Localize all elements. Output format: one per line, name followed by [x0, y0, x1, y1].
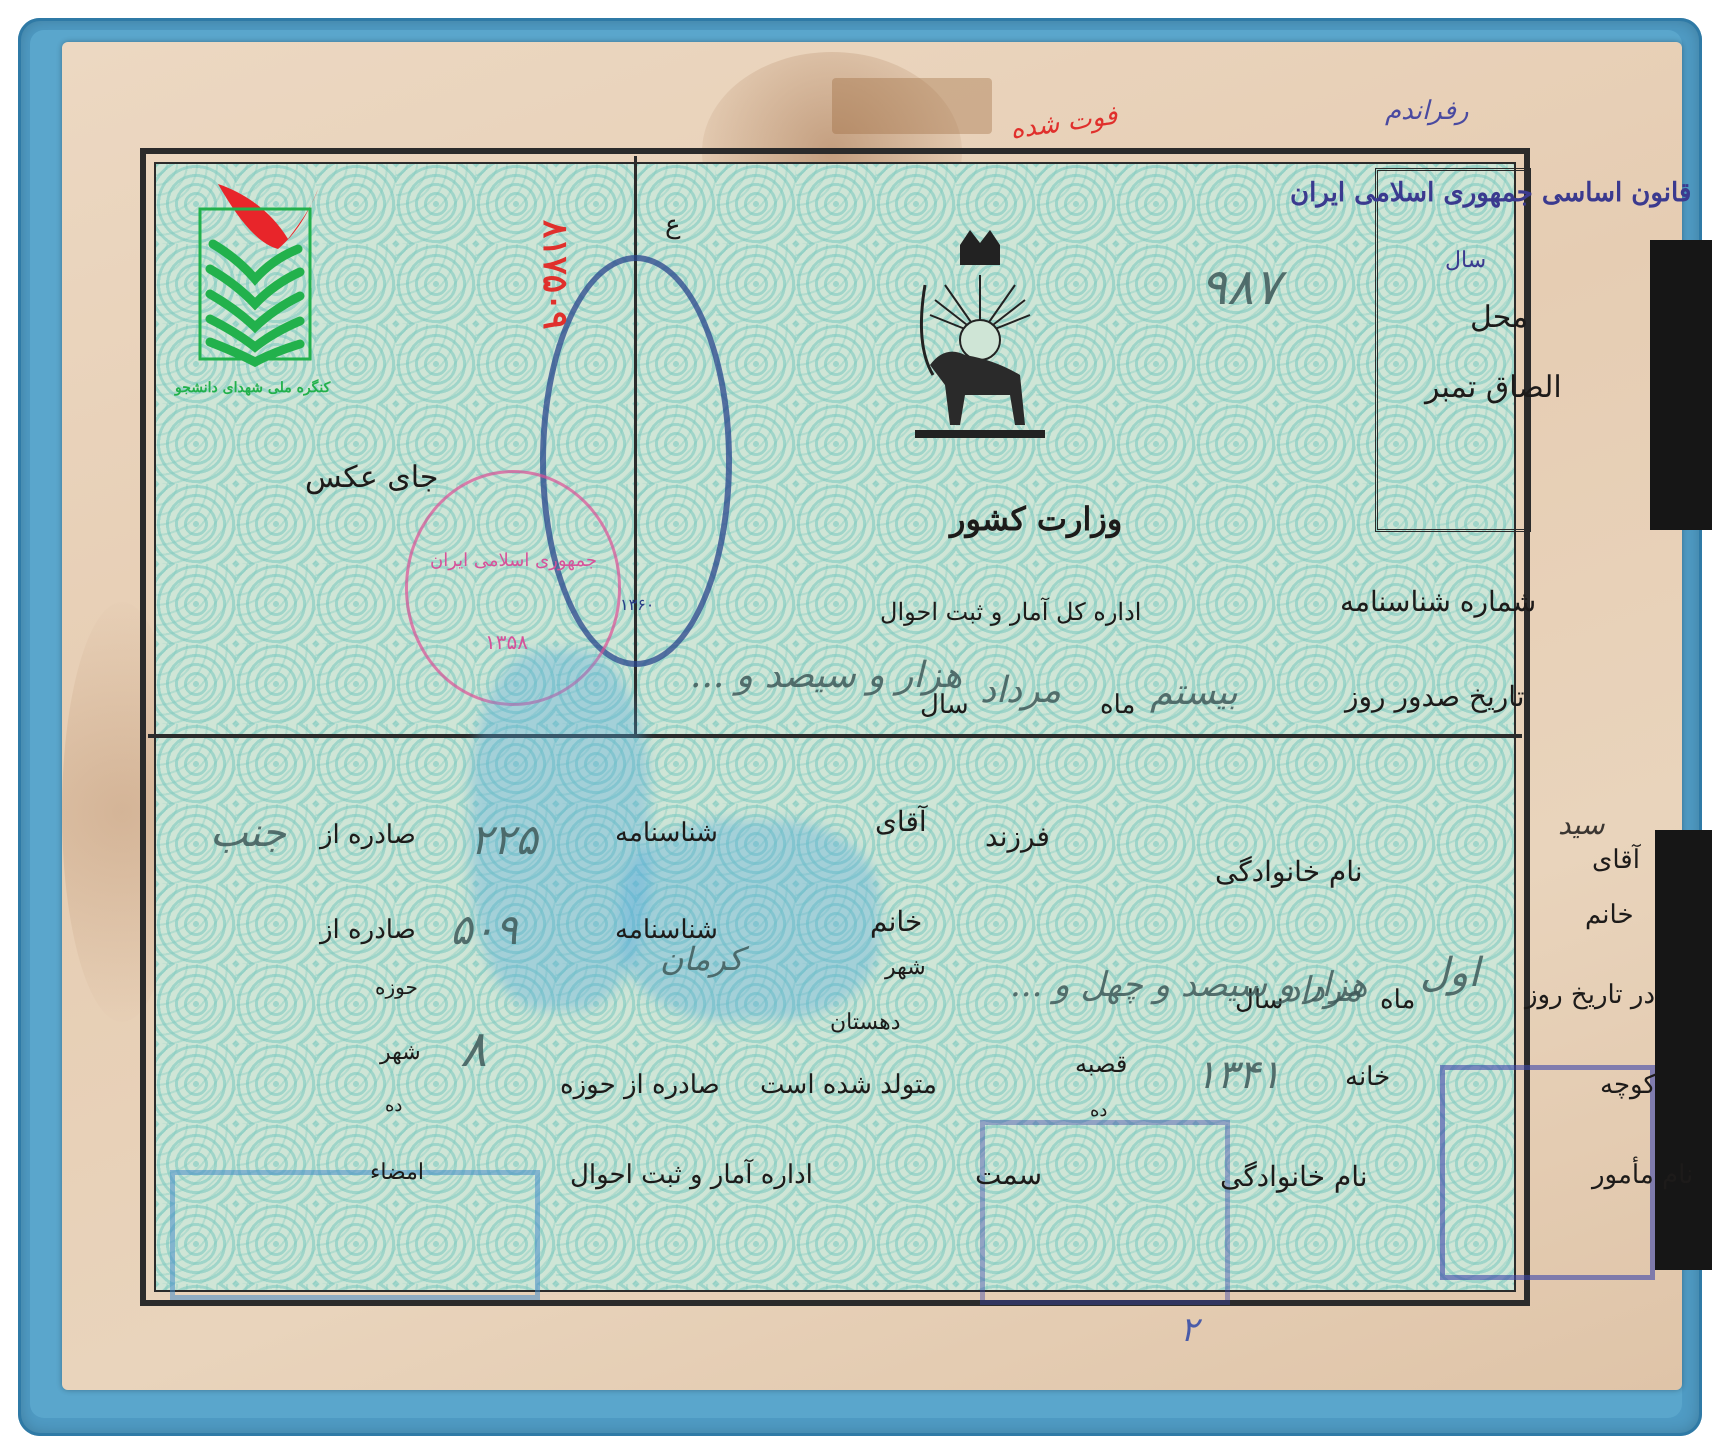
city-label: شهر	[885, 955, 926, 980]
rectangular-stamp	[170, 1170, 540, 1300]
photo-place-label: جای عکس	[305, 460, 438, 495]
guilloche-background	[154, 162, 1516, 1292]
divider-horizontal	[148, 734, 1522, 738]
rural-label: دهستان	[830, 1010, 901, 1035]
issued-from-1-value: جنب	[210, 810, 286, 856]
issue-day-value: بیستم	[1150, 672, 1238, 713]
date-value: اول	[1420, 950, 1480, 996]
lion-and-sun-emblem-icon	[905, 225, 1055, 450]
officer-label: نام مأمور	[1592, 1160, 1693, 1190]
issued-from-1: صادره از	[320, 820, 416, 850]
blue-stamp-text: قانون اساسی جمهوری اسلامی ایران	[1290, 178, 1691, 208]
house-label: خانه	[1345, 1062, 1390, 1092]
month-value: مرداد	[980, 670, 1061, 711]
village-label: ده	[1090, 1100, 1107, 1121]
signature-label: امضاء	[370, 1160, 424, 1185]
blue-stamp-sub: سال	[1445, 248, 1486, 273]
month-label-2: ماه	[1380, 985, 1415, 1015]
pink-stamp-year: ۱۳۵۸	[485, 630, 528, 654]
black-tape	[1650, 240, 1712, 530]
id-label-1: شناسنامه	[615, 818, 718, 848]
certificate-frame	[140, 148, 1530, 1306]
id-label-2: شناسنامه	[615, 915, 718, 945]
logo-caption: کنگره ملی شهدای دانشجو	[175, 380, 330, 396]
year-value: هزار و سیصد و ...	[690, 655, 962, 696]
date-label: در تاریخ روز	[1525, 980, 1655, 1010]
month-label: ماه	[1100, 690, 1135, 720]
child-label: فرزند	[985, 820, 1050, 853]
black-tape	[1655, 830, 1712, 1270]
mr-label: آقای	[1592, 845, 1640, 875]
id-value-2: ۵۰۹	[450, 905, 518, 954]
stamp-place-label-2: الصاق تمبر	[1425, 370, 1562, 405]
mrs-label: خانم	[1585, 900, 1634, 930]
handwritten-number: ۹۸۷	[1200, 258, 1281, 316]
mr-label-2: آقای	[875, 805, 927, 838]
blue-annotation: رفراندم	[1385, 96, 1469, 126]
stamp-area-box	[1375, 168, 1531, 532]
office-label: اداره آمار و ثبت احوال	[570, 1160, 813, 1190]
direction-label: سمت	[975, 1158, 1042, 1191]
id-number-label: شماره شناسنامه	[1340, 585, 1536, 618]
issued-from-2: صادره از	[320, 915, 416, 945]
mrs-label-2: خانم	[870, 905, 922, 938]
student-martyrs-logo-icon	[178, 164, 328, 394]
mr-value: سید	[1558, 808, 1605, 841]
issue-date-label: تاریخ صدور روز	[1345, 680, 1525, 713]
town-label: قصبه	[1075, 1050, 1127, 1078]
issued-area-label: صادره از حوزه	[560, 1070, 720, 1100]
village-label-2: ده	[385, 1095, 402, 1116]
area-value: ۸	[460, 1020, 487, 1078]
pink-stamp-text: جمهوری اسلامی ایران	[430, 550, 597, 571]
square-blue-stamp	[980, 1120, 1230, 1305]
born-label: متولد شده است	[760, 1070, 937, 1100]
corner-mark: ع	[665, 210, 681, 240]
area-label: حوزه	[375, 975, 418, 999]
alley-label: کوچه	[1600, 1070, 1656, 1100]
id-value-1: ۲۲۵	[470, 815, 538, 864]
family-name-label: نام خانوادگی	[1215, 855, 1363, 888]
serial-number: ۸۱۷۵۰۹	[535, 220, 575, 330]
department-title: اداره کل آمار و ثبت احوال	[880, 598, 1141, 626]
stamp-place-label: محل	[1470, 300, 1528, 335]
page-mark: ۲	[1180, 1310, 1198, 1350]
ministry-title: وزارت کشور	[950, 500, 1122, 538]
city-label-2: شهر	[380, 1040, 421, 1065]
house-value: ۱۳۴۱	[1195, 1052, 1281, 1098]
year-value-2: هزار و سیصد و چهل و ...	[1010, 965, 1368, 1005]
family-name-label-2: نام خانوادگی	[1220, 1160, 1368, 1193]
blue-stamp-year: ۱۳۶۰	[620, 595, 654, 614]
city-value: کرمان	[660, 940, 743, 978]
